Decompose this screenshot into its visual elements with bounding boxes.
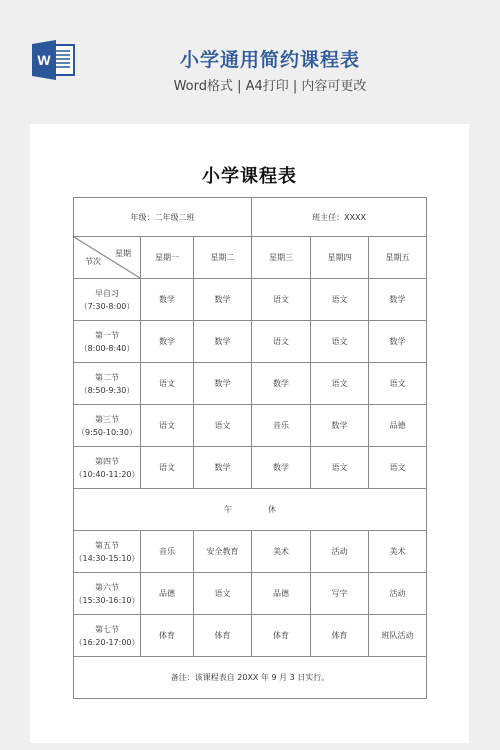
subject-cell: 语文	[141, 447, 194, 489]
subject-cell: 活动	[311, 531, 369, 573]
period-label-cell: 第四节（10:40-11:20）	[74, 447, 141, 489]
grade-cell: 年级：二年级二班	[74, 198, 252, 237]
lunch-label-2: 休	[268, 503, 276, 516]
subject-cell: 数学	[194, 321, 252, 363]
period-row: 第二节（8:50-9:30）语文数学数学语文语文	[74, 363, 427, 405]
subject-cell: 语文	[311, 363, 369, 405]
period-row: 第五节（14:30-15:10）音乐安全教育美术活动美术	[74, 531, 427, 573]
subject-cell: 数学	[194, 279, 252, 321]
period-row: 第一节（8:00-8:40）数学数学语文语文数学	[74, 321, 427, 363]
document-page: 小学课程表 年级：二年级二班 班主任：XXXX 星期 节次 星期一 星期二 星期…	[30, 124, 469, 743]
period-time: （7:30-8:00）	[74, 300, 140, 313]
subject-cell: 班队活动	[369, 615, 427, 657]
subject-cell: 语文	[252, 279, 311, 321]
period-row: 第三节（9:50-10:30）语文语文音乐数学品德	[74, 405, 427, 447]
subject-cell: 数学	[369, 321, 427, 363]
day-header: 星期三	[252, 237, 311, 279]
period-name: 第四节	[74, 455, 140, 468]
subject-cell: 体育	[311, 615, 369, 657]
period-label-cell: 第六节（15:30-16:10）	[74, 573, 141, 615]
subject-cell: 体育	[141, 615, 194, 657]
subject-cell: 体育	[252, 615, 311, 657]
subject-cell: 活动	[369, 573, 427, 615]
subject-cell: 数学	[252, 447, 311, 489]
promo-header: W 小学通用简约课程表 Word格式 | A4打印 | 内容可更改	[0, 0, 500, 124]
period-row: 第六节（15:30-16:10）品德语文品德写字活动	[74, 573, 427, 615]
info-row: 年级：二年级二班 班主任：XXXX	[74, 198, 427, 237]
subject-cell: 品德	[252, 573, 311, 615]
day-header: 星期一	[141, 237, 194, 279]
period-row: 第四节（10:40-11:20）语文数学数学语文语文	[74, 447, 427, 489]
subject-cell: 品德	[369, 405, 427, 447]
period-label-cell: 第五节（14:30-15:10）	[74, 531, 141, 573]
subject-cell: 安全教育	[194, 531, 252, 573]
subject-cell: 语文	[311, 321, 369, 363]
promo-title: 小学通用简约课程表	[150, 45, 390, 72]
subject-cell: 数学	[194, 447, 252, 489]
subject-cell: 美术	[369, 531, 427, 573]
subject-cell: 数学	[369, 279, 427, 321]
subject-cell: 语文	[194, 573, 252, 615]
header-row: 星期 节次 星期一 星期二 星期三 星期四 星期五	[74, 237, 427, 279]
subject-cell: 数学	[252, 363, 311, 405]
subject-cell: 语文	[252, 321, 311, 363]
period-row: 第七节（16:20-17:00）体育体育体育体育班队活动	[74, 615, 427, 657]
period-name: 第六节	[74, 581, 140, 594]
period-name: 第三节	[74, 413, 140, 426]
corner-cell: 星期 节次	[74, 237, 141, 279]
subject-cell: 品德	[141, 573, 194, 615]
subject-cell: 语文	[369, 363, 427, 405]
subject-cell: 数学	[141, 279, 194, 321]
period-label-cell: 第三节（9:50-10:30）	[74, 405, 141, 447]
period-name: 第七节	[74, 623, 140, 636]
note-cell: 备注：该课程表自 20XX 年 9 月 3 日实行。	[74, 657, 427, 699]
note-row: 备注：该课程表自 20XX 年 9 月 3 日实行。	[74, 657, 427, 699]
period-time: （14:30-15:10）	[74, 552, 140, 565]
lunch-break-cell: 午休	[74, 489, 427, 531]
morning-periods: 早自习（7:30-8:00）数学数学语文语文数学第一节（8:00-8:40）数学…	[74, 279, 427, 489]
subject-cell: 语文	[141, 405, 194, 447]
period-row: 早自习（7:30-8:00）数学数学语文语文数学	[74, 279, 427, 321]
period-time: （8:00-8:40）	[74, 342, 140, 355]
promo-subtitle: Word格式 | A4打印 | 内容可更改	[150, 75, 390, 94]
teacher-cell: 班主任：XXXX	[252, 198, 427, 237]
period-name: 第二节	[74, 371, 140, 384]
period-time: （9:50-10:30）	[74, 426, 140, 439]
corner-period-label: 节次	[85, 255, 101, 268]
corner-day-label: 星期	[115, 247, 131, 260]
subject-cell: 语文	[369, 447, 427, 489]
day-header: 星期四	[311, 237, 369, 279]
schedule-table: 年级：二年级二班 班主任：XXXX 星期 节次 星期一 星期二 星期三 星期四 …	[73, 197, 427, 699]
afternoon-periods: 第五节（14:30-15:10）音乐安全教育美术活动美术第六节（15:30-16…	[74, 531, 427, 657]
subject-cell: 音乐	[252, 405, 311, 447]
svg-text:W: W	[37, 52, 51, 68]
subject-cell: 数学	[311, 405, 369, 447]
subject-cell: 写字	[311, 573, 369, 615]
subject-cell: 语文	[311, 279, 369, 321]
subject-cell: 语文	[141, 363, 194, 405]
subject-cell: 语文	[311, 447, 369, 489]
period-time: （10:40-11:20）	[74, 468, 140, 481]
day-header: 星期二	[194, 237, 252, 279]
subject-cell: 数学	[141, 321, 194, 363]
subject-cell: 体育	[194, 615, 252, 657]
subject-cell: 美术	[252, 531, 311, 573]
document-title: 小学课程表	[30, 162, 469, 188]
day-header: 星期五	[369, 237, 427, 279]
period-label-cell: 第二节（8:50-9:30）	[74, 363, 141, 405]
period-label-cell: 第一节（8:00-8:40）	[74, 321, 141, 363]
lunch-row: 午休	[74, 489, 427, 531]
period-time: （8:50-9:30）	[74, 384, 140, 397]
period-time: （16:20-17:00）	[74, 636, 140, 649]
period-time: （15:30-16:10）	[74, 594, 140, 607]
subject-cell: 数学	[194, 363, 252, 405]
period-name: 早自习	[74, 287, 140, 300]
period-name: 第一节	[74, 329, 140, 342]
period-label-cell: 第七节（16:20-17:00）	[74, 615, 141, 657]
subject-cell: 语文	[194, 405, 252, 447]
period-name: 第五节	[74, 539, 140, 552]
lunch-label-1: 午	[224, 503, 232, 516]
subject-cell: 音乐	[141, 531, 194, 573]
word-icon: W	[32, 40, 76, 80]
period-label-cell: 早自习（7:30-8:00）	[74, 279, 141, 321]
